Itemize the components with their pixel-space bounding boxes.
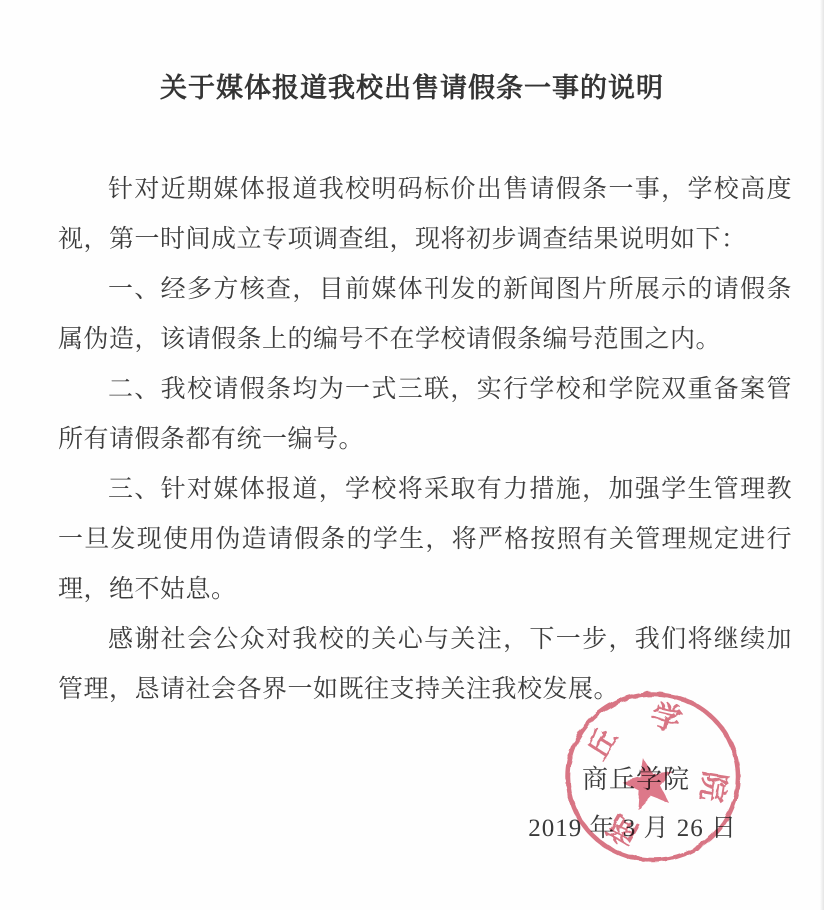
body-line: 三、针对媒体报道，学校将采取有力措施，加强学生管理教育， [58, 465, 792, 515]
body-line: 一、经多方核查，目前媒体刊发的新闻图片所展示的请假条纯 [58, 265, 792, 315]
signature-block: 商丘学院 2019 年 3 月 26 日 [0, 759, 824, 849]
document-title: 关于媒体报道我校出售请假条一事的说明 [0, 0, 824, 106]
signature: 商丘学院 [0, 759, 824, 801]
body-line: 理，绝不姑息。 [58, 565, 792, 615]
document-body: 针对近期媒体报道我校明码标价出售请假条一事，学校高度重 视，第一时间成立专项调查… [0, 165, 792, 715]
body-line: 一旦发现使用伪造请假条的学生，将严格按照有关管理规定进行处 [58, 515, 792, 565]
document-page: 关于媒体报道我校出售请假条一事的说明 针对近期媒体报道我校明码标价出售请假条一事… [0, 0, 824, 910]
body-line: 视，第一时间成立专项调查组，现将初步调查结果说明如下： [58, 215, 792, 265]
body-line: 二、我校请假条均为一式三联，实行学校和学院双重备案管理， [58, 365, 792, 415]
body-line: 属伪造，该请假条上的编号不在学校请假条编号范围之内。 [58, 315, 792, 365]
body-line: 针对近期媒体报道我校明码标价出售请假条一事，学校高度重 [58, 165, 792, 215]
body-line: 感谢社会公众对我校的关心与关注，下一步，我们将继续加强 [58, 615, 792, 665]
body-line: 管理，恳请社会各界一如既往支持关注我校发展。 [58, 665, 792, 715]
body-line: 所有请假条都有统一编号。 [58, 415, 792, 465]
date: 2019 年 3 月 26 日 [0, 809, 824, 849]
